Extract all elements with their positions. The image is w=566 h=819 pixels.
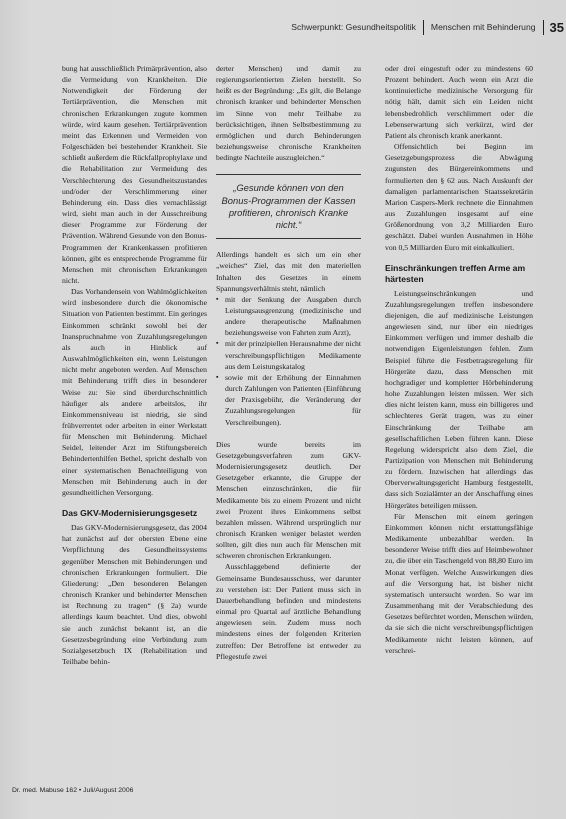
- bullet-item: mit der prinzipiellen Herausnahme der ni…: [216, 338, 361, 371]
- paragraph: Ausschlaggebend definierte der Gemeinsam…: [216, 561, 361, 661]
- text-column-2: derter Menschen) und damit zu regierungs…: [216, 63, 361, 662]
- paragraph: Allerdings handelt es sich um ein eher „…: [216, 249, 361, 294]
- section-heading: Das GKV-Modernisierungsgesetz: [62, 508, 207, 519]
- header-section-title: Schwerpunkt: Gesundheitspolitik: [284, 22, 423, 32]
- paragraph: oder drei eingestuft oder zu mindestens …: [385, 63, 533, 141]
- magazine-page: Schwerpunkt: Gesundheitspolitik Menschen…: [0, 0, 566, 819]
- paragraph: bung hat ausschließlich Primärprävention…: [62, 63, 207, 286]
- paragraph: Dies wurde bereits im Gesetzgebungsverfa…: [216, 439, 361, 562]
- page-footer: Dr. med. Mabuse 162 • Juli/August 2006: [12, 787, 133, 794]
- page-number: 35: [544, 20, 566, 35]
- paragraph: Leistungseinschränkungen und Zuzahlungsr…: [385, 288, 533, 511]
- bullet-item: mit der Senkung der Ausgaben durch Leist…: [216, 294, 361, 339]
- text-column-3: oder drei eingestuft oder zu mindestens …: [385, 63, 533, 656]
- running-header: Schwerpunkt: Gesundheitspolitik Menschen…: [284, 18, 566, 36]
- section-heading: Einschränkungen treffen Arme am härteste…: [385, 263, 533, 285]
- paragraph: Für Menschen mit einem geringen Einkomme…: [385, 511, 533, 656]
- paragraph: Das GKV-Modernisierungsgesetz, das 2004 …: [62, 522, 207, 667]
- paragraph: Offensichtlich bei Beginn im Gesetzgebun…: [385, 141, 533, 253]
- header-topic-title: Menschen mit Behinderung: [424, 22, 543, 32]
- bullet-item: sowie mit der Erhöhung der Einnahmen dur…: [216, 372, 361, 428]
- bullet-list: mit der Senkung der Ausgaben durch Leist…: [216, 294, 361, 428]
- paragraph: derter Menschen) und damit zu regierungs…: [216, 63, 361, 163]
- paragraph: Das Vorhandensein von Wahlmöglichkeiten …: [62, 286, 207, 498]
- pull-quote: „Gesunde können von den Bonus-Programmen…: [216, 174, 361, 239]
- spacer: [216, 428, 361, 439]
- text-column-1: bung hat ausschließlich Primärprävention…: [62, 63, 207, 667]
